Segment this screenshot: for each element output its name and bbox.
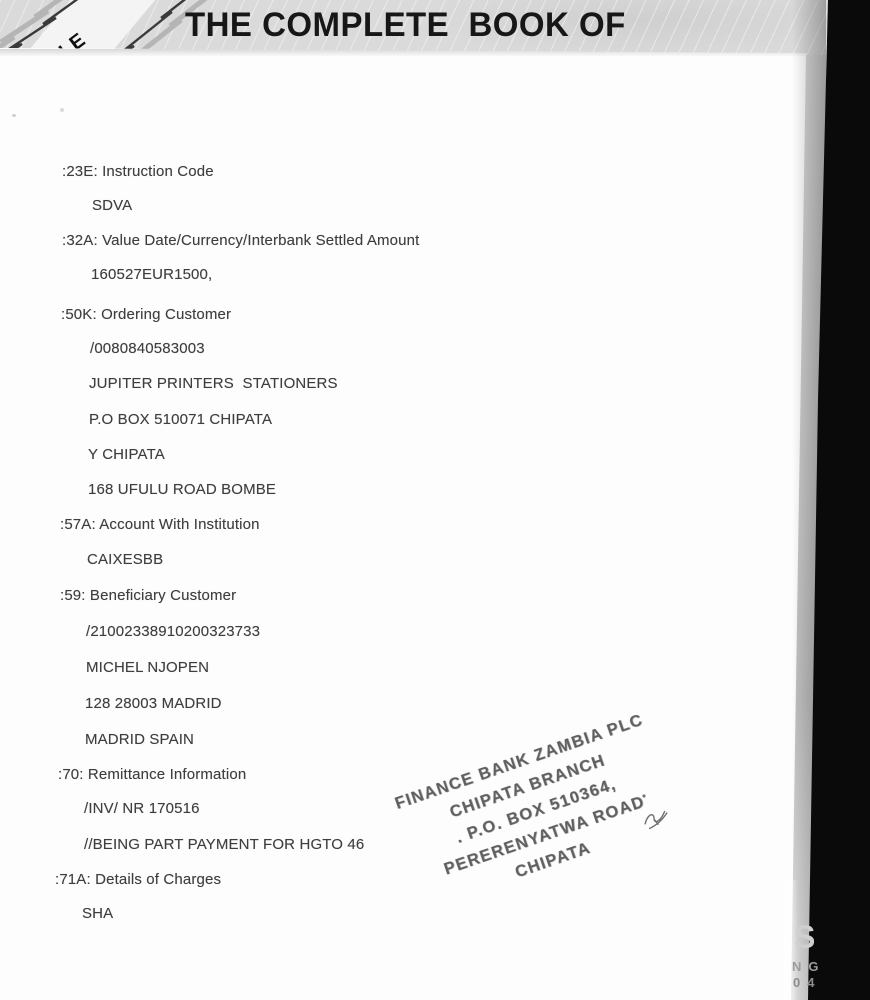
swift-value: 168 UFULU ROAD BOMBE	[88, 482, 276, 498]
swift-field-71a: :71A: Details of Charges	[55, 872, 221, 888]
book-title: THE COMPLETE BOOK OF	[185, 6, 626, 45]
swift-value: //BEING PART PAYMENT FOR HGTO 46	[84, 837, 364, 853]
signature-scribble	[636, 790, 678, 838]
dust-speck	[12, 114, 16, 117]
swift-value: 160527EUR1500,	[91, 267, 212, 283]
swift-value: MICHEL NJOPEN	[86, 660, 209, 676]
swift-value: P.O BOX 510071 CHIPATA	[89, 412, 272, 428]
swift-value: SDVA	[92, 198, 132, 214]
swift-value: SHA	[82, 906, 113, 922]
swift-value: CAIXESBB	[87, 552, 163, 568]
cover-edge-letters: NG	[792, 959, 826, 974]
swift-value: /INV/ NR 170516	[84, 801, 200, 817]
swift-value: Y CHIPATA	[88, 447, 165, 463]
cover-edge-digits: 04	[793, 975, 821, 990]
swift-value: /21002338910200323733	[86, 624, 260, 640]
swift-field-57a: :57A: Account With Institution	[60, 517, 260, 533]
scanned-book-page: FIFTH E D AND U THE COMPLETE BOOK OF :23…	[0, 0, 870, 1000]
swift-field-23e: :23E: Instruction Code	[62, 164, 214, 180]
swift-field-59: :59: Beneficiary Customer	[60, 588, 236, 604]
swift-value: /0080840583003	[90, 341, 205, 357]
swift-value: MADRID SPAIN	[85, 732, 194, 748]
swift-field-32a: :32A: Value Date/Currency/Interbank Sett…	[62, 233, 419, 249]
swift-value: JUPITER PRINTERS STATIONERS	[89, 376, 338, 392]
swift-field-70: :70: Remittance Information	[58, 767, 246, 783]
book-cover-band: FIFTH E D AND U THE COMPLETE BOOK OF	[0, 0, 832, 55]
swift-value: 128 28003 MADRID	[85, 696, 222, 712]
swift-field-50k: :50K: Ordering Customer	[61, 307, 231, 323]
paper-page: :23E: Instruction Code SDVA :32A: Value …	[0, 0, 870, 1000]
cover-edge-letter: S	[794, 919, 815, 956]
dust-speck	[60, 108, 64, 112]
